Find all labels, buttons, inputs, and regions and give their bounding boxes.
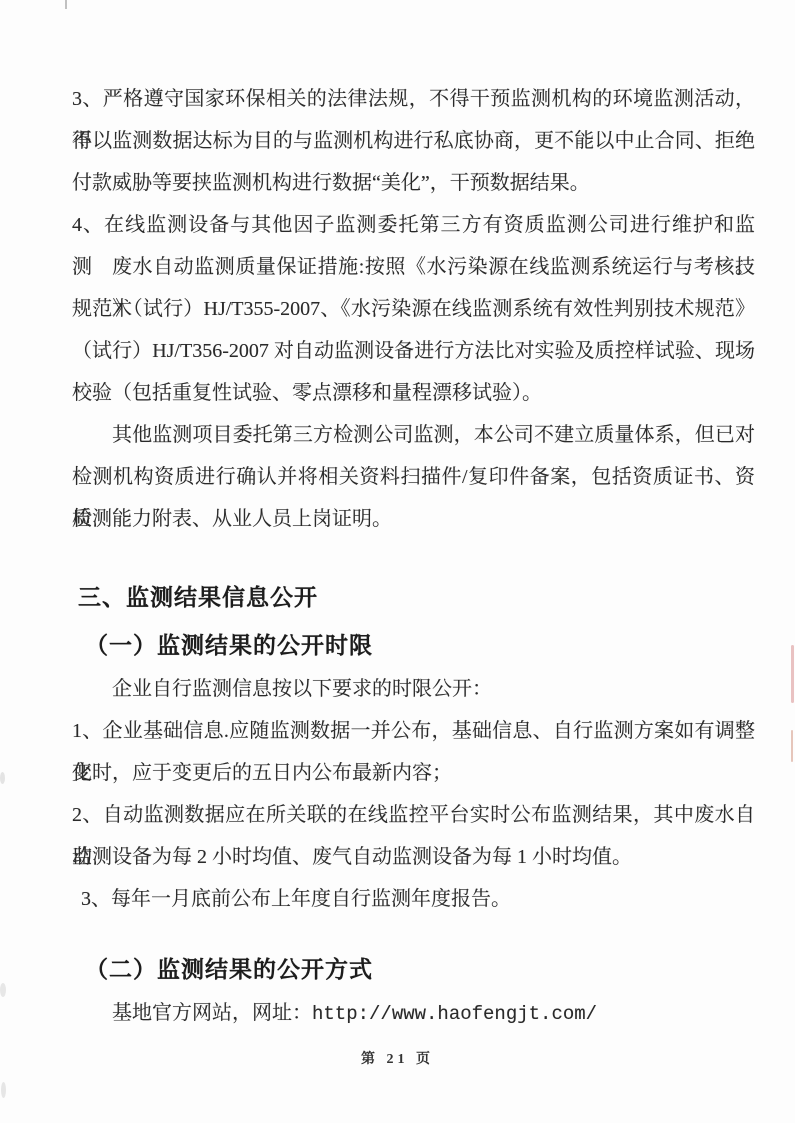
text-line: 化时，应于变更后的五日内公布最新内容； bbox=[72, 752, 755, 794]
text-line: 3、每年一月底前公布上年度自行监测年度报告。 bbox=[72, 878, 755, 920]
text-line: 1、企业基础信息.应随监测数据一并公布，基础信息、自行监测方案如有调整变 bbox=[72, 710, 755, 752]
text-line: （试行）HJ/T356-2007 对自动监测设备进行方法比对实验及质控样试验、现… bbox=[72, 330, 755, 372]
text-line: 废水自动监测质量保证措施:按照《水污染源在线监测系统运行与考核技术 bbox=[72, 246, 755, 288]
text-line: 企业自行监测信息按以下要求的时限公开： bbox=[72, 668, 755, 710]
text-line: 2、自动监测数据应在所关联的在线监控平台实时公布监测结果，其中废水自动 bbox=[72, 794, 755, 836]
text-line: 基地官方网站，网址：http://www.haofengjt.com/ bbox=[72, 992, 755, 1034]
text-line: 监测设备为每 2 小时均值、废气自动监测设备为每 1 小时均值。 bbox=[72, 836, 755, 878]
scan-artifact-red-mark bbox=[791, 730, 793, 762]
scan-artifact-top-tick bbox=[65, 0, 67, 9]
text-line: 其他监测项目委托第三方检测公司监测，本公司不建立质量体系，但已对 bbox=[72, 414, 755, 456]
text-line: 得以监测数据达标为目的与监测机构进行私底协商，更不能以中止合同、拒绝 bbox=[72, 120, 755, 162]
text-line: 付款威胁等要挟监测机构进行数据“美化”，干预数据结果。 bbox=[72, 162, 755, 204]
document-content: 3、严格遵守国家环保相关的法律法规，不得干预监测机构的环境监测活动，不得以监测数… bbox=[72, 78, 755, 1034]
subsection-heading: （二）监测结果的公开方式 bbox=[72, 946, 755, 992]
text-line: 4、在线监测设备与其他因子监测委托第三方有资质监测公司进行维护和监测。 bbox=[72, 204, 755, 246]
text-line: 3、严格遵守国家环保相关的法律法规，不得干预监测机构的环境监测活动，不 bbox=[72, 78, 755, 120]
scan-artifact-smudge bbox=[0, 772, 5, 784]
scan-artifact-red-mark bbox=[791, 645, 794, 703]
text-line: 检测机构资质进行确认并将相关资料扫描件/复印件备案，包括资质证书、资质 bbox=[72, 456, 755, 498]
section-heading: 三、监测结果信息公开 bbox=[72, 574, 755, 620]
scanned-document-page: 3、严格遵守国家环保相关的法律法规，不得干预监测机构的环境监测活动，不得以监测数… bbox=[0, 0, 795, 1123]
text-line: 规范》（试行）HJ/T355-2007、《水污染源在线监测系统有效性判别技术规范… bbox=[72, 288, 755, 330]
label-text: 基地官方网站，网址： bbox=[112, 1002, 312, 1024]
url-text: http://www.haofengjt.com/ bbox=[312, 1003, 597, 1025]
text-line: 检测能力附表、从业人员上岗证明。 bbox=[72, 498, 755, 540]
page-number: 第 21 页 bbox=[0, 1048, 795, 1068]
scan-artifact-smudge bbox=[1, 1082, 6, 1098]
subsection-heading: （一）监测结果的公开时限 bbox=[72, 622, 755, 668]
text-line: 校验（包括重复性试验、零点漂移和量程漂移试验）。 bbox=[72, 372, 755, 414]
scan-artifact-smudge bbox=[0, 983, 6, 997]
